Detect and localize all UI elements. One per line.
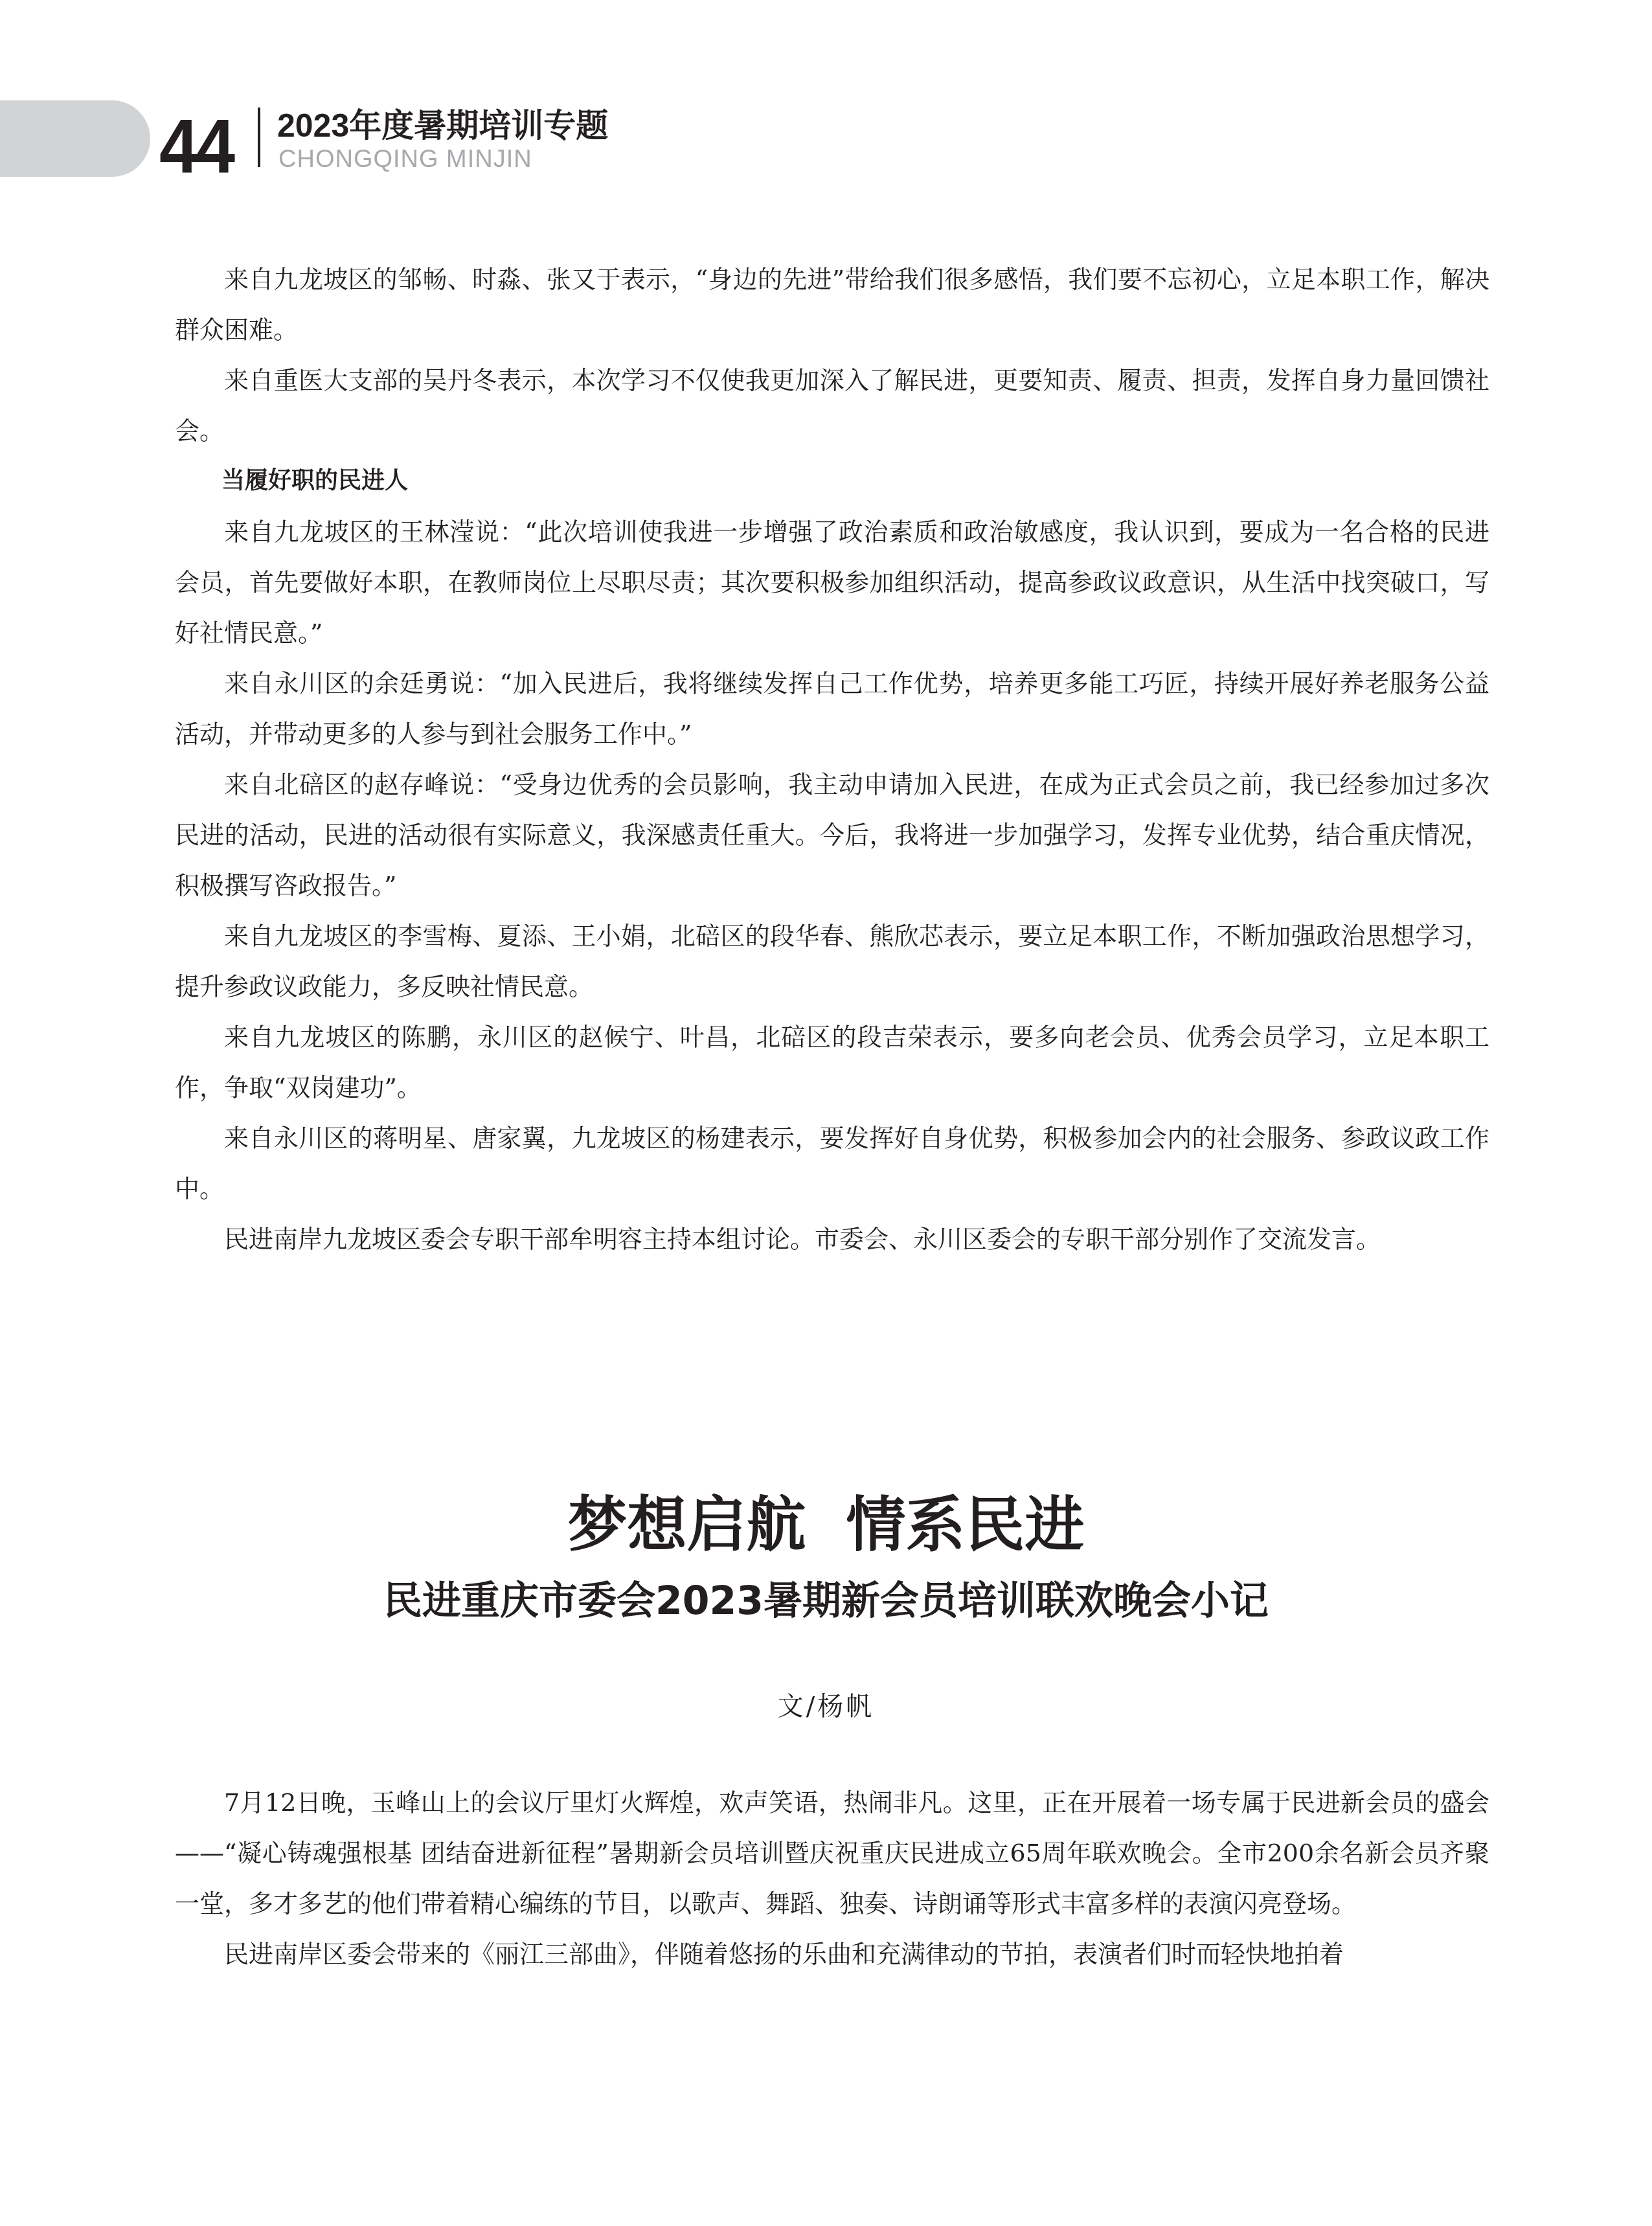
paragraph: 民进南岸九龙坡区委会专职干部牟明容主持本组讨论。市委会、永川区委会的专职干部分别… [175,1214,1489,1264]
running-header-subtitle: CHONGQING MINJIN [278,146,532,172]
paragraph: 来自九龙坡区的李雪梅、夏添、王小娟，北碚区的段华春、熊欣芯表示，要立足本职工作，… [175,911,1489,1012]
paragraph: 来自九龙坡区的邹畅、时淼、张又于表示，“身边的先进”带给我们很多感悟，我们要不忘… [175,254,1489,355]
running-header-title: 2023年度暑期培训专题 [277,108,608,144]
article-title: 梦想启航 情系民进 [0,1490,1652,1561]
header-divider [258,108,260,167]
paragraph: 来自九龙坡区的陈鹏，永川区的赵候宁、叶昌，北碚区的段吉荣表示，要多向老会员、优秀… [175,1012,1489,1113]
article-subtitle: 民进重庆市委会2023暑期新会员培训联欢晚会小记 [0,1578,1652,1624]
section-heading: 当履好职的民进人 [175,456,1489,506]
header-tab [0,100,150,177]
paragraph: 来自北碚区的赵存峰说：“受身边优秀的会员影响，我主动申请加入民进，在成为正式会员… [175,759,1489,911]
paragraph: 来自永川区的余廷勇说：“加入民进后，我将继续发挥自己工作优势，培养更多能工巧匠，… [175,658,1489,759]
section-continued-body: 来自九龙坡区的邹畅、时淼、张又于表示，“身边的先进”带给我们很多感悟，我们要不忘… [175,254,1489,1264]
article-byline: 文/杨帆 [0,1690,1652,1723]
paragraph: 来自重医大支部的吴丹冬表示，本次学习不仅使我更加深入了解民进，更要知责、履责、担… [175,355,1489,456]
article-body: 7月12日晚，玉峰山上的会议厅里灯火辉煌，欢声笑语，热闹非凡。这里，正在开展着一… [175,1777,1489,1979]
paragraph: 来自永川区的蒋明星、唐家翼，九龙坡区的杨建表示，要发挥好自身优势，积极参加会内的… [175,1113,1489,1214]
page-number: 44 [159,109,232,185]
paragraph: 来自九龙坡区的王林滢说：“此次培训使我进一步增强了政治素质和政治敏感度，我认识到… [175,506,1489,658]
paragraph: 7月12日晚，玉峰山上的会议厅里灯火辉煌，欢声笑语，热闹非凡。这里，正在开展着一… [175,1777,1489,1929]
paragraph: 民进南岸区委会带来的《丽江三部曲》，伴随着悠扬的乐曲和充满律动的节拍，表演者们时… [175,1929,1489,1979]
